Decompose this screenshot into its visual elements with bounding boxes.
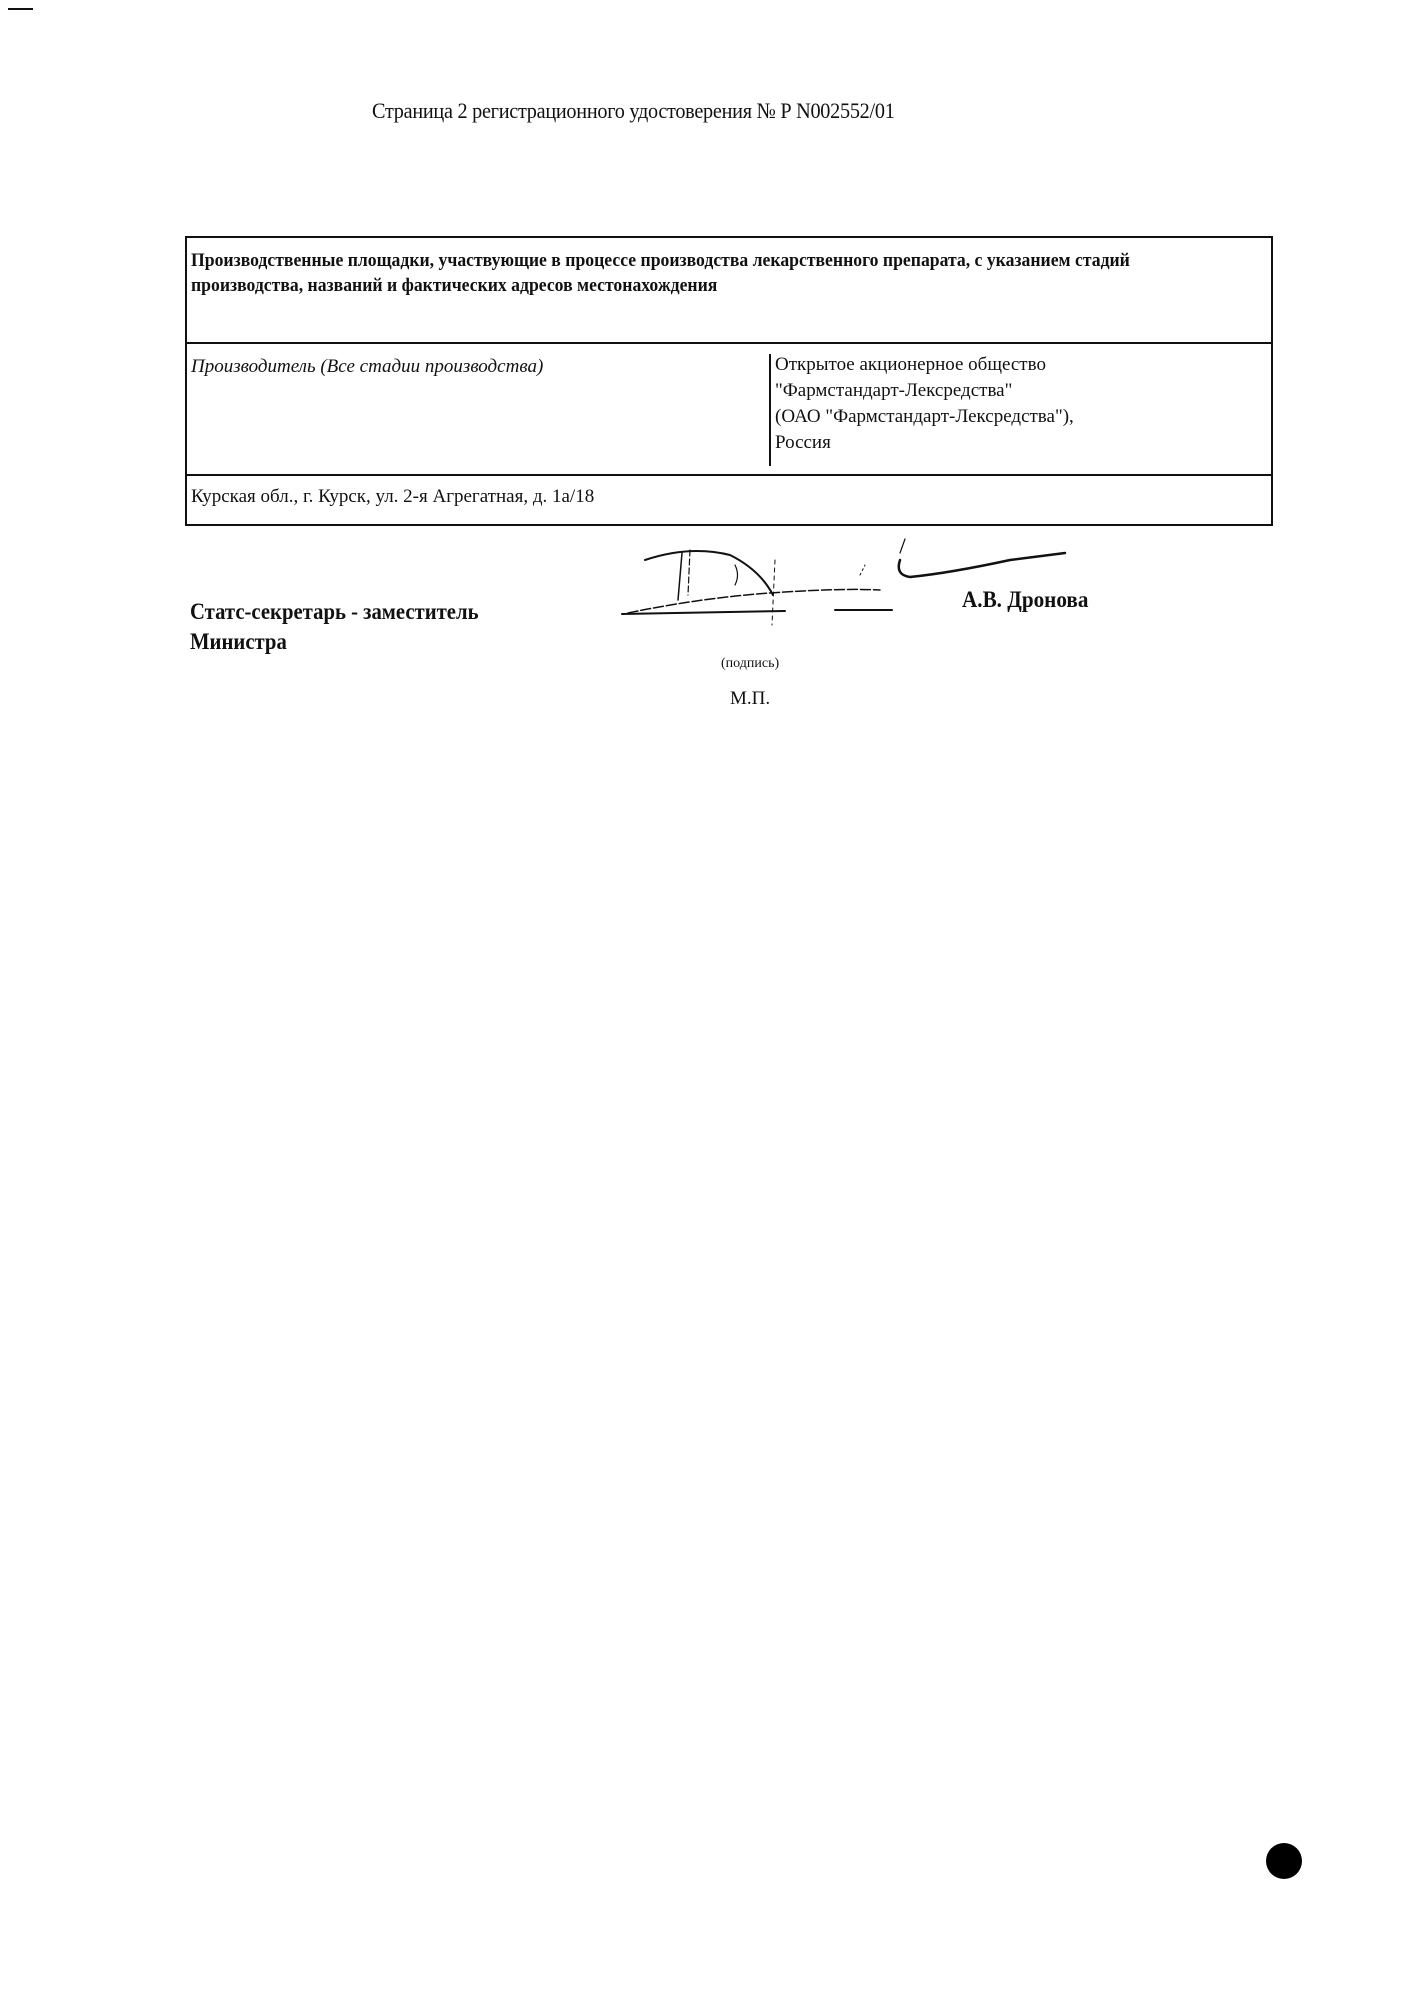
organization-line: (ОАО "Фармстандарт-Лексредства"),: [769, 404, 1271, 430]
table-row: Производитель (Все стадии производства) …: [186, 343, 1272, 475]
organization-line: Россия: [769, 430, 1271, 456]
address-cell: Курская обл., г. Курск, ул. 2-я Агрегатн…: [186, 475, 1272, 525]
column-divider: [769, 354, 771, 466]
organization-line: "Фармстандарт-Лексредства": [769, 378, 1271, 404]
page-header: Страница 2 регистрационного удостоверени…: [372, 98, 895, 124]
scan-corner-mark: [8, 8, 33, 10]
table-header-row: Производственные площадки, участвующие в…: [186, 237, 1272, 343]
table-header-text: Производственные площадки, участвующие в…: [191, 248, 1195, 298]
signer-name: А.В. Дронова: [962, 587, 1088, 613]
manufacturer-organization-cell: Открытое акционерное общество "Фармстанд…: [769, 343, 1272, 475]
scan-dot-mark: [1266, 1843, 1302, 1879]
signer-title-line1: Статс-секретарь - заместитель: [190, 597, 479, 627]
signer-title: Статс-секретарь - заместитель Министра: [190, 597, 479, 657]
signature-caption: (подпись): [721, 656, 779, 672]
stamp-label: М.П.: [730, 688, 770, 710]
manufacturer-role-cell: Производитель (Все стадии производства): [186, 343, 769, 475]
table-header-cell: Производственные площадки, участвующие в…: [186, 237, 1272, 343]
organization-line: Открытое акционерное общество: [769, 352, 1271, 378]
address-row: Курская обл., г. Курск, ул. 2-я Агрегатн…: [186, 475, 1272, 525]
signer-title-line2: Министра: [190, 627, 479, 657]
production-sites-table: Производственные площадки, участвующие в…: [185, 236, 1273, 526]
